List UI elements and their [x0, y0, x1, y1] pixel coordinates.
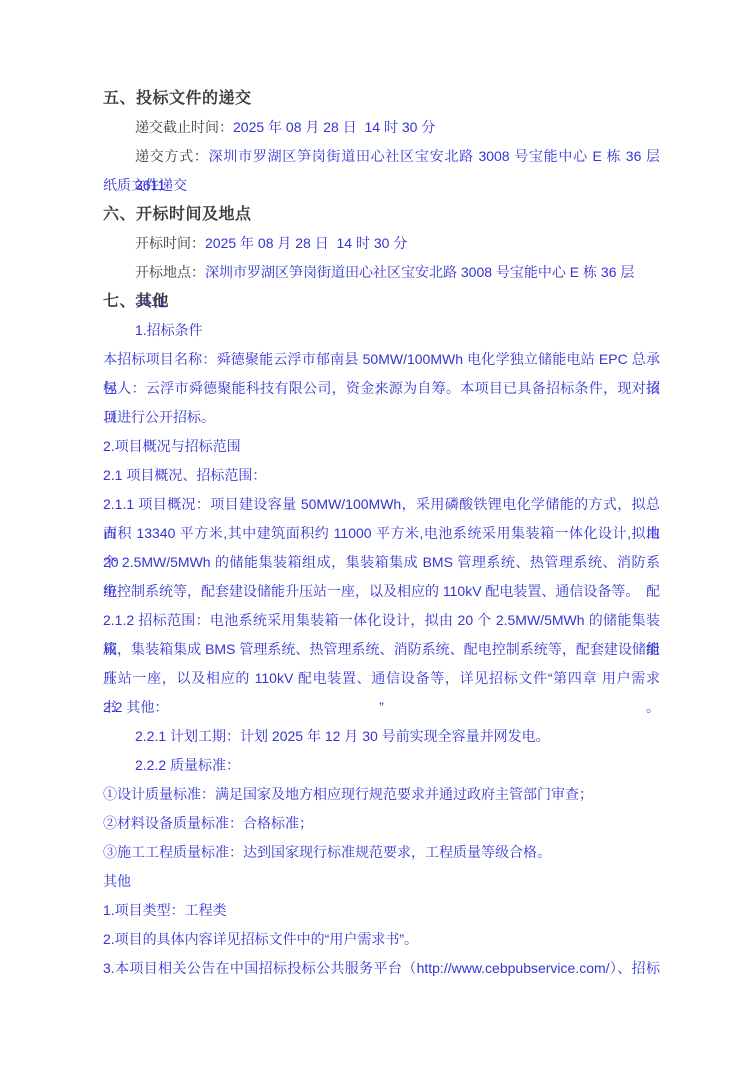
text-segment: 目进行公开招标。 [103, 409, 215, 425]
document-line: 电控制系统等，配套建设储能升压站一座，以及相应的 110kV 配电装置、通信设备… [103, 577, 660, 606]
section-heading-5: 五、投标文件的递交 [103, 84, 660, 113]
text-segment: 其他 [103, 873, 131, 889]
document-line: 2.2.2 质量标准： [103, 751, 660, 780]
document-line: 本招标项目名称：舜德聚能云浮市郁南县 50MW/100MWh 电化学独立储能电站… [103, 345, 660, 374]
document-line: 2.1.1 项目概况：项目建设容量 50MW/100MWh，采用磷酸铁锂电化学储… [103, 490, 660, 519]
document-line: 递交方式：深圳市罗湖区笋岗街道田心社区宝安北路 3008 号宝能中心 E 栋 3… [103, 142, 660, 171]
document-line: ②材料设备质量标准：合格标准； [103, 809, 660, 838]
field-label: 开标地点： [135, 264, 205, 280]
document-line: ③施工工程质量标准：达到国家现行标准规范要求，工程质量等级合格。 [103, 838, 660, 867]
text-segment: 2.1 项目概况、招标范围： [103, 467, 266, 483]
document-page: 五、投标文件的递交递交截止时间：2025 年 08 月 28 日 14 时 30… [0, 0, 755, 1069]
text-segment: 纸质文件递交 [103, 177, 187, 193]
document-line: 2.2.1 计划工期：计划 2025 年 12 月 30 号前实现全容量并网发电… [103, 722, 660, 751]
text-segment: 七、其他 [103, 293, 169, 310]
text-segment: 2.2.2 质量标准： [135, 757, 240, 773]
text-segment: 2025 年 08 月 28 日 14 时 30 分 [205, 235, 407, 251]
text-segment: 五、投标文件的递交 [103, 90, 252, 107]
document-line: 个 2.5MW/5MWh 的储能集装箱组成，集装箱集成 BMS 管理系统、热管理… [103, 548, 660, 577]
document-line: 递交截止时间：2025 年 08 月 28 日 14 时 30 分 [103, 113, 660, 142]
text-segment: 2.项目的具体内容详见招标文件中的“用户需求书”。 [103, 931, 418, 947]
document-line: 2.项目概况与招标范围 [103, 432, 660, 461]
document-line: 标人：云浮市舜德聚能科技有限公司，资金来源为自筹。本项目已具备招标条件，现对该项 [103, 374, 660, 403]
text-segment: 1.招标条件 [135, 322, 203, 338]
field-label: 递交方式： [135, 148, 209, 164]
text-segment: 2.2.1 计划工期：计划 2025 年 12 月 30 号前实现全容量并网发电… [135, 728, 550, 744]
text-segment: ②材料设备质量标准：合格标准； [103, 815, 313, 831]
document-line: 2.项目的具体内容详见招标文件中的“用户需求书”。 [103, 925, 660, 954]
document-line: 1.招标条件 [103, 316, 660, 345]
section-heading-6: 六、开标时间及地点 [103, 200, 660, 229]
text-segment: ①设计质量标准：满足国家及地方相应现行规范要求并通过政府主管部门审查； [103, 786, 593, 802]
text-segment: 2.项目概况与招标范围 [103, 438, 241, 454]
field-label: 开标时间： [135, 235, 205, 251]
text-segment: 电控制系统等，配套建设储能升压站一座，以及相应的 110kV 配电装置、通信设备… [103, 583, 639, 599]
text-segment: 3.本项目相关公告在中国招标投标公共服务平台（http://www.cebpub… [103, 960, 660, 976]
document-line: 其他 [103, 867, 660, 896]
text-segment: 1.项目类型：工程类 [103, 902, 227, 918]
text-segment: 六、开标时间及地点 [103, 206, 252, 223]
document-line: 开标时间：2025 年 08 月 28 日 14 时 30 分 [103, 229, 660, 258]
document-line: 2.1 项目概况、招标范围： [103, 461, 660, 490]
text-segment: ③施工工程质量标准：达到国家现行标准规范要求，工程质量等级合格。 [103, 844, 551, 860]
document-line: 压站一座，以及相应的 110kV 配电装置、通信设备等，详见招标文件“第四章 用… [103, 664, 660, 693]
document-line: 目进行公开招标。 [103, 403, 660, 432]
section-heading-7: 七、其他 [103, 287, 660, 316]
field-label: 递交截止时间： [135, 119, 233, 135]
document-line: 开标地点：深圳市罗湖区笋岗街道田心社区宝安北路 3008 号宝能中心 E 栋 3… [103, 258, 660, 287]
text-segment: 2.2 其他： [103, 699, 168, 715]
document-line: ①设计质量标准：满足国家及地方相应现行规范要求并通过政府主管部门审查； [103, 780, 660, 809]
document-line: 1.项目类型：工程类 [103, 896, 660, 925]
document-line: 成，集装箱集成 BMS 管理系统、热管理系统、消防系统、配电控制系统等，配套建设… [103, 635, 660, 664]
document-content: 五、投标文件的递交递交截止时间：2025 年 08 月 28 日 14 时 30… [103, 84, 660, 983]
document-line: 3.本项目相关公告在中国招标投标公共服务平台（http://www.cebpub… [103, 954, 660, 983]
document-line: 纸质文件递交 [103, 171, 660, 200]
document-line: 面积 13340 平方米,其中建筑面积约 11000 平方米,电池系统采用集装箱… [103, 519, 660, 548]
text-segment: 2025 年 08 月 28 日 14 时 30 分 [233, 119, 435, 135]
document-line: 2.1.2 招标范围：电池系统采用集装箱一体化设计，拟由 20 个 2.5MW/… [103, 606, 660, 635]
text-segment: 压站一座，以及相应的 110kV 配电装置、通信设备等，详见招标文件“第四章 用… [103, 670, 660, 715]
